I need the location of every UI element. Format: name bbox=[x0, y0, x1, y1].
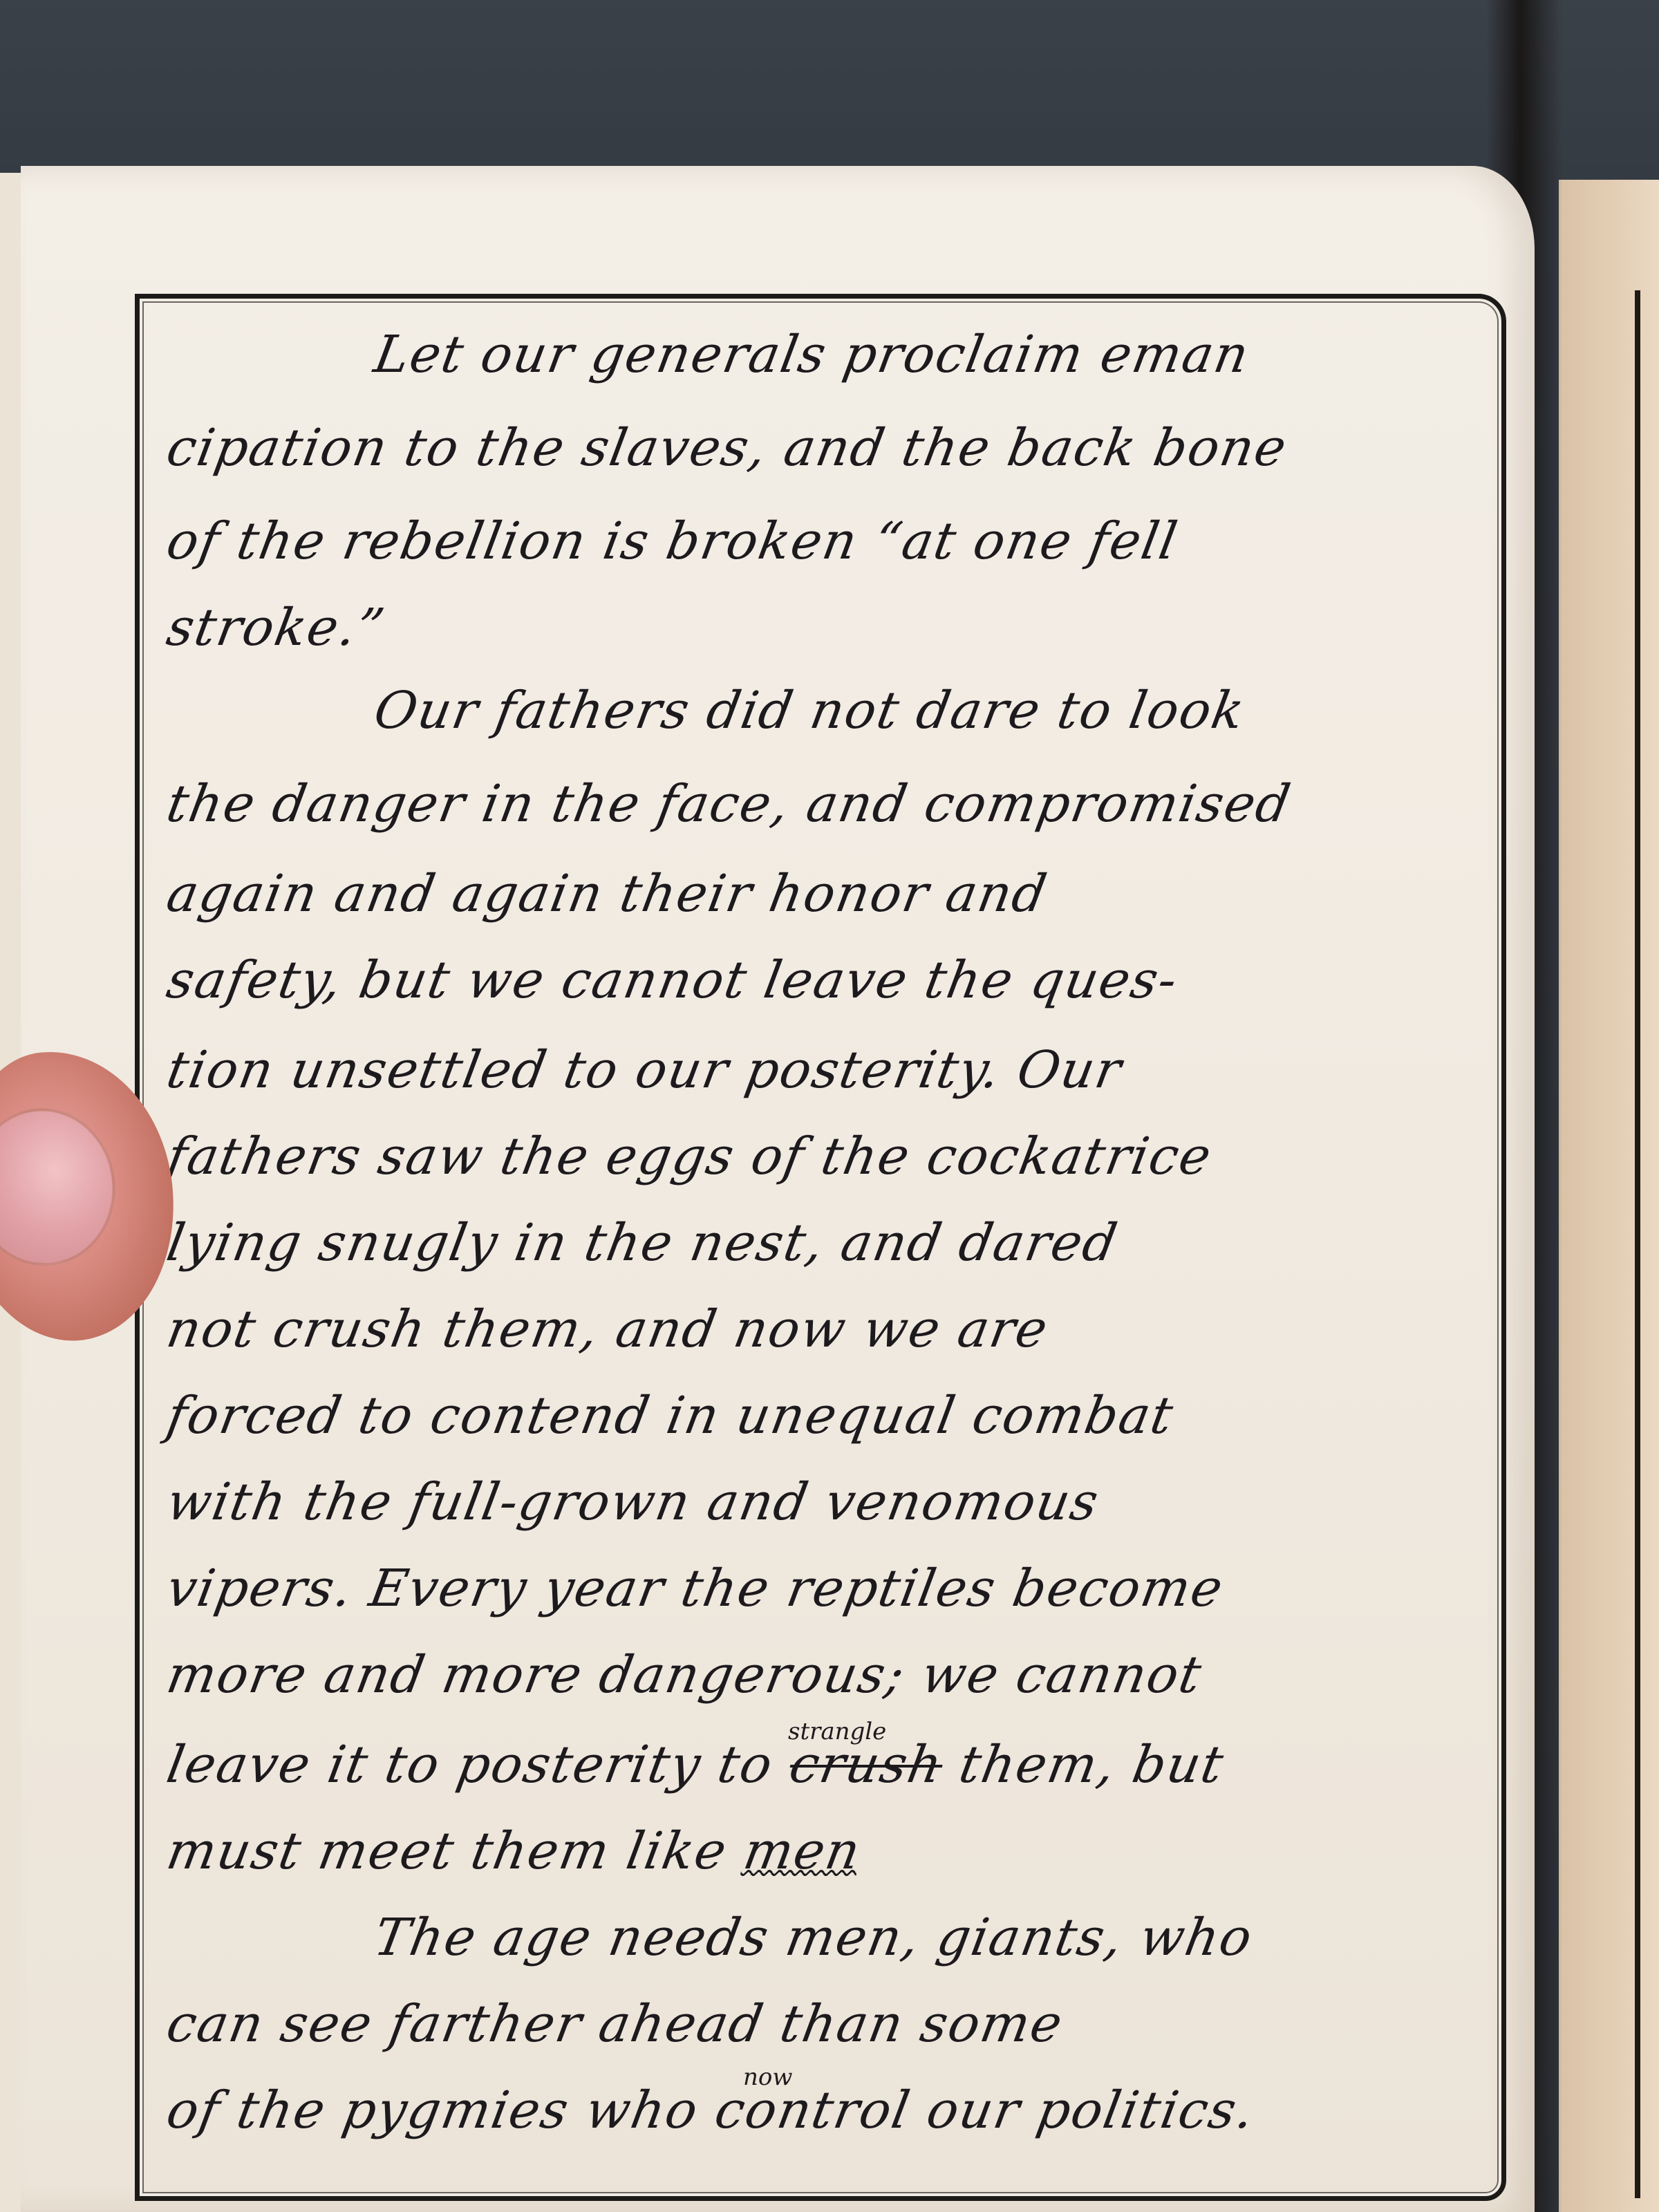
text-segment: of the pygmies who bbox=[162, 2081, 721, 2140]
text-line: safety, but we cannot leave the ques- bbox=[162, 950, 1183, 1010]
text-line: Our fathers did not dare to look bbox=[370, 681, 1250, 740]
thumbnail bbox=[0, 1101, 123, 1273]
text-line: with the full-grown and venomous bbox=[162, 1472, 1104, 1532]
text-line-with-correction: leave it to posterity to crush them, but bbox=[162, 1735, 1229, 1794]
text-line: Let our generals proclaim eman bbox=[370, 325, 1254, 384]
facing-page-border bbox=[1635, 290, 1659, 2198]
text-line: more and more dangerous; we cannot bbox=[162, 1645, 1207, 1705]
text-line: can see farther ahead than some bbox=[162, 1994, 1068, 2054]
text-line-with-underline: must meet them like men bbox=[162, 1821, 865, 1881]
text-segment: leave it to posterity to bbox=[162, 1735, 796, 1794]
text-line: vipers. Every year the reptiles become bbox=[162, 1559, 1228, 1618]
inserted-correction: strangle bbox=[788, 1718, 886, 1745]
text-segment: control our politics. bbox=[711, 2081, 1259, 2140]
text-line: stroke.” bbox=[162, 598, 390, 657]
text-line: fathers saw the eggs of the cockatrice bbox=[162, 1127, 1217, 1186]
underlined-word: men bbox=[739, 1821, 865, 1881]
text-segment: must meet them like bbox=[162, 1821, 750, 1881]
text-segment: them, but bbox=[937, 1735, 1229, 1794]
text-line: tion unsettled to our posterity. Our bbox=[162, 1040, 1127, 1100]
text-line: cipation to the slaves, and the back bon… bbox=[162, 418, 1292, 478]
text-line: The age needs men, giants, who bbox=[370, 1908, 1257, 1967]
inserted-word: now bbox=[743, 2063, 792, 2091]
text-line-with-insertion: of the pygmies who control our politics. bbox=[162, 2081, 1259, 2140]
text-line: the danger in the face, and compromised bbox=[162, 774, 1296, 834]
text-line: forced to contend in unequal combat bbox=[162, 1386, 1179, 1445]
text-line: of the rebellion is broken “at one fell bbox=[162, 512, 1183, 571]
text-line: not crush them, and now we are bbox=[162, 1300, 1053, 1359]
text-line: again and again their honor and bbox=[162, 864, 1052, 924]
text-line: lying snugly in the nest, and dared bbox=[162, 1213, 1123, 1273]
